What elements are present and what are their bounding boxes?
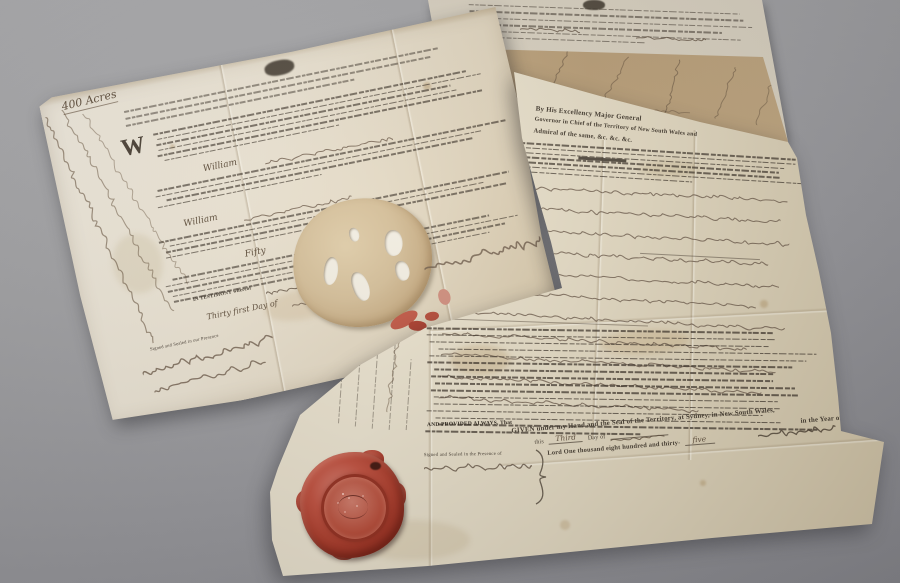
seal-emboss-detail — [338, 495, 368, 519]
print-line — [439, 348, 816, 355]
print-line — [355, 332, 363, 427]
decor — [424, 463, 532, 472]
year-handwritten: five — [684, 434, 715, 446]
right-document-wrap: By His Excellency Major General Governor… — [0, 0, 900, 583]
photo-scene: 400 Acres W William William Fifty IN TES… — [0, 0, 900, 583]
wax-dark-spot — [370, 462, 381, 470]
handwriting-squiggle — [424, 459, 532, 475]
month-handwritten — [610, 426, 669, 440]
wax-highlights — [342, 493, 344, 495]
band-cast-shadow — [513, 36, 792, 115]
print-line — [433, 396, 777, 402]
print-line — [427, 334, 776, 340]
brace-mark — [533, 448, 549, 506]
print-line — [429, 355, 806, 362]
decor — [536, 450, 546, 504]
print-line — [428, 362, 792, 369]
fox-spot — [700, 480, 706, 486]
this-label: this — [534, 439, 544, 446]
print-line — [372, 335, 380, 428]
print-line — [338, 331, 346, 423]
seal-impression-ring — [321, 474, 389, 542]
print-line — [432, 376, 774, 382]
print-line — [434, 403, 780, 409]
day-handwritten: Third — [548, 432, 583, 445]
print-line — [435, 369, 774, 375]
red-wax-seal — [300, 452, 404, 558]
day-of-label: Day of — [588, 434, 606, 441]
right-document: By His Excellency Major General Governor… — [0, 0, 900, 583]
print-line — [406, 359, 412, 430]
fox-spot — [560, 520, 570, 530]
print-line — [431, 389, 799, 396]
print-line — [435, 383, 795, 390]
print-line — [430, 341, 769, 347]
decor — [758, 424, 837, 439]
